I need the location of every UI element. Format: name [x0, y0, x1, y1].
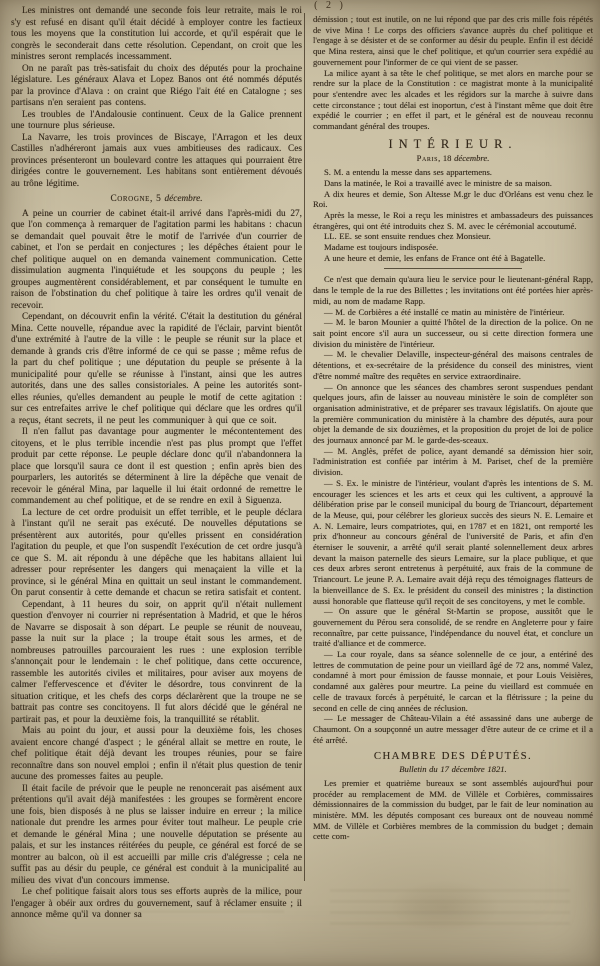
paragraph: Le chef politique faisait alors tous ses…	[11, 887, 302, 922]
left-column: Les ministres ont demandé une seconde fo…	[11, 6, 302, 922]
court-news-item: LL. EE. se sont ensuite rendues chez Mon…	[313, 231, 593, 242]
paragraph: Mais au point du jour, et aussi pour la …	[11, 726, 302, 784]
paragraph: démission ; tout est inutile, on ne lui …	[313, 14, 593, 68]
paper-stain	[390, 880, 500, 934]
court-news-item: Dans la matinée, le Roi a travaillé avec…	[313, 178, 593, 189]
dateline-date: décembre.	[454, 153, 489, 163]
court-news-item: Après la messe, le Roi a reçu les minist…	[313, 210, 593, 231]
news-item: — M. le chevalier Delaville, inspecteur-…	[313, 349, 593, 381]
paragraph: La milice ayant à sa tête le chef politi…	[313, 68, 593, 132]
court-news-item: Madame est toujours indisposée.	[313, 242, 593, 253]
news-item: — M. le baron Mounier a quitté l'hôtel d…	[313, 317, 593, 349]
dateline-mid: , 18	[438, 153, 454, 163]
newspaper-page: { "colors": { "paper": "#cdc3a8", "ink":…	[0, 0, 600, 966]
court-news-item: A une heure et demie, les enfans de Fran…	[313, 253, 593, 264]
dateline-place: Corogne	[110, 194, 150, 204]
paragraph: Cependant, à 11 heures du soir, on appri…	[11, 600, 302, 727]
bulletin-dateline: Bulletin du 17 décembre 1821.	[313, 764, 593, 775]
paragraph: La lecture de cet ordre produisit un eff…	[11, 508, 302, 600]
news-item: — M. de Corbières a été installé ce mati…	[313, 307, 593, 318]
paragraph: A peine un courrier de cabinet était-il …	[11, 209, 302, 313]
column-divider	[304, 13, 305, 881]
page-number: ( 2 )	[300, 0, 360, 11]
news-item: — Le messager de Château-Vilain a été as…	[313, 713, 593, 745]
ghost-showthrough	[330, 886, 570, 928]
news-item: — M. Anglès, préfet de police, ayant dem…	[313, 446, 593, 478]
news-item: — S. Ex. le ministre de l'intérieur, vou…	[313, 478, 593, 606]
section-heading-corogne: Corogne, 5 décembre.	[11, 194, 302, 206]
paragraph: La Navarre, les trois provinces de Bisca…	[11, 133, 302, 191]
paragraph: Cependant, on découvrit enfin la vérité.…	[11, 312, 302, 427]
dateline-date: décembre.	[164, 194, 202, 204]
news-item: — On assure que le général St-Martin se …	[313, 606, 593, 649]
paragraph: Les troubles de l'Andalousie continuent.…	[11, 110, 302, 133]
court-news-item: A dix heures et demie, Son Altesse M.gr …	[313, 189, 593, 210]
court-news-item: S. M. a entendu la messe dans ses appart…	[313, 167, 593, 178]
paragraph: Il était facile de prévoir que le peuple…	[11, 784, 302, 888]
news-item: Ce n'est que demain qu'aura lieu le serv…	[313, 274, 593, 306]
news-item: — La cour royale, dans sa séance solenne…	[313, 649, 593, 713]
dateline-paris: Paris, 18 décembre.	[313, 153, 593, 164]
dateline-place: Paris	[417, 153, 438, 163]
right-column: démission ; tout est inutile, on ne lui …	[313, 14, 593, 842]
paragraph: Il n'en fallut pas davantage pour augmen…	[11, 427, 302, 508]
chamber-heading: CHAMBRE DES DÉPUTÉS.	[313, 751, 593, 762]
paragraph: Les premier et quatrième bureaux se sont…	[313, 778, 593, 842]
separator-rule	[384, 268, 522, 269]
dateline-mid: , 5	[150, 194, 164, 204]
section-heading-interieur: INTÉRIEUR.	[313, 139, 593, 150]
news-item: — On annonce que les séances des chambre…	[313, 382, 593, 446]
paragraph: On ne paraît pas très-satisfait du choix…	[11, 64, 302, 110]
paragraph: Les ministres ont demandé une seconde fo…	[11, 6, 302, 64]
